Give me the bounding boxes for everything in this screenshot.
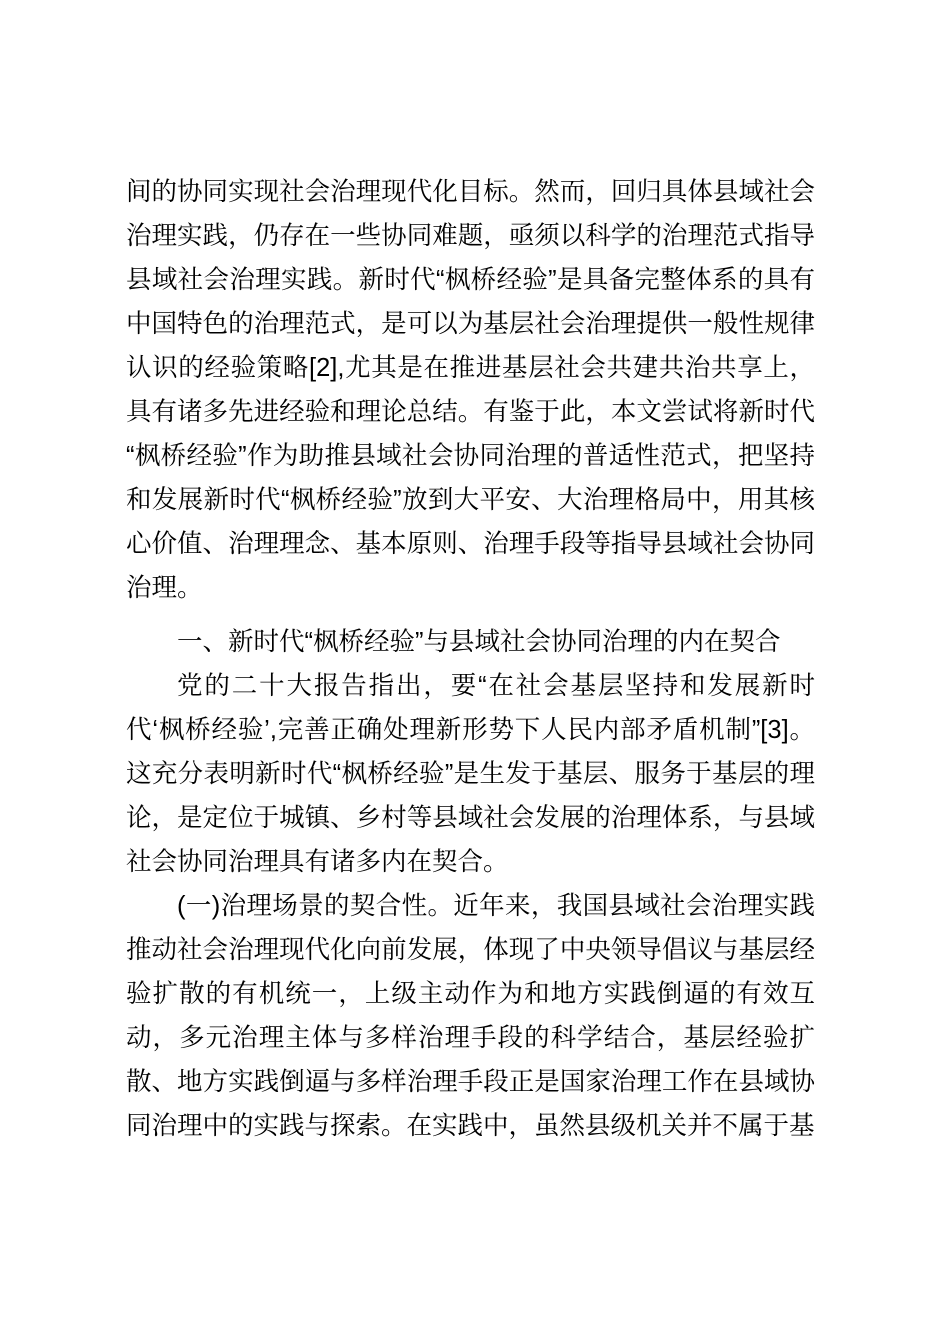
- section-heading: 一、新时代“枫桥经验”与县域社会协同治理的内在契合: [126, 620, 815, 664]
- paragraph-body: (一)治理场景的契合性。近年来，我国县域社会治理实践推动社会治理现代化向前发展，…: [126, 884, 815, 1148]
- paragraph-continuation: 间的协同实现社会治理现代化目标。然而，回归具体县域社会治理实践，仍存在一些协同难…: [126, 170, 815, 610]
- document-page: 间的协同实现社会治理现代化目标。然而，回归具体县域社会治理实践，仍存在一些协同难…: [0, 0, 950, 1344]
- paragraph-body: 党的二十大报告指出，要“在社会基层坚持和发展新时代‘枫桥经验’,完善正确处理新形…: [126, 664, 815, 884]
